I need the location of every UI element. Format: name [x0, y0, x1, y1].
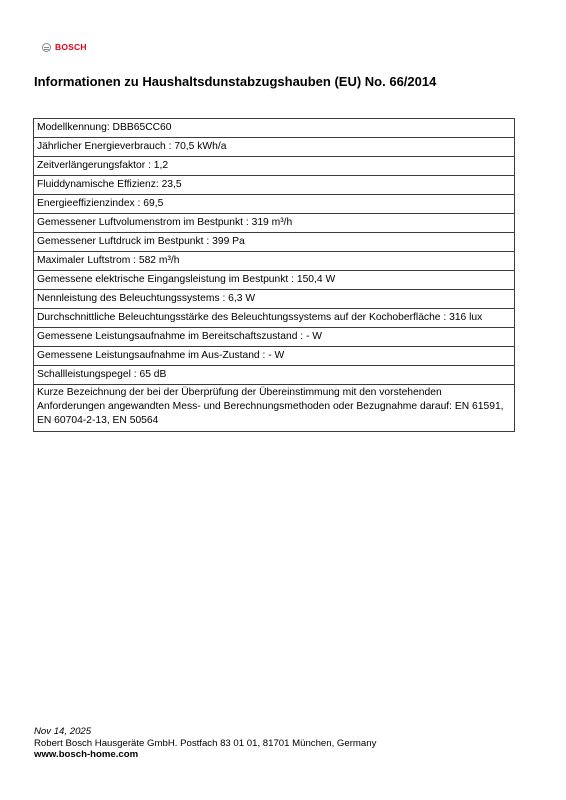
airflow-best-point: Gemessener Luftvolumenstrom im Bestpunkt…: [34, 214, 515, 233]
table-row: Gemessene Leistungsaufnahme im Aus-Zusta…: [34, 347, 515, 366]
fluid-dynamic-efficiency: Fluiddynamische Effizienz: 23,5: [34, 176, 515, 195]
average-illumination: Durchschnittliche Beleuchtungsstärke des…: [34, 309, 515, 328]
brand-name: BOSCH: [55, 42, 87, 52]
table-row: Schallleistungspegel : 65 dB: [34, 366, 515, 385]
table-row: Nennleistung des Beleuchtungssystems : 6…: [34, 290, 515, 309]
energy-efficiency-index: Energieeffizienzindex : 69,5: [34, 195, 515, 214]
table-row: Maximaler Luftstrom : 582 m³/h: [34, 252, 515, 271]
bosch-armature-icon: [42, 43, 51, 52]
measurement-methods: Kurze Bezeichnung der bei der Überprüfun…: [34, 385, 515, 432]
off-mode-power: Gemessene Leistungsaufnahme im Aus-Zusta…: [34, 347, 515, 366]
table-row: Kurze Bezeichnung der bei der Überprüfun…: [34, 385, 515, 432]
lighting-nominal-power: Nennleistung des Beleuchtungssystems : 6…: [34, 290, 515, 309]
product-info-table: Modellkennung: DBB65CC60 Jährlicher Ener…: [33, 118, 515, 432]
maximum-airflow: Maximaler Luftstrom : 582 m³/h: [34, 252, 515, 271]
table-row: Fluiddynamische Effizienz: 23,5: [34, 176, 515, 195]
page-title: Informationen zu Haushaltsdunstabzugshau…: [34, 74, 436, 89]
table-row: Energieeffizienzindex : 69,5: [34, 195, 515, 214]
brand-logo: BOSCH: [42, 42, 87, 52]
footer: Nov 14, 2025 Robert Bosch Hausgeräte Gmb…: [34, 726, 376, 761]
table-row: Zeitverlängerungsfaktor : 1,2: [34, 157, 515, 176]
footer-website[interactable]: www.bosch-home.com: [34, 749, 376, 761]
annual-energy-consumption: Jährlicher Energieverbrauch : 70,5 kWh/a: [34, 138, 515, 157]
electric-input-power: Gemessene elektrische Eingangsleistung i…: [34, 271, 515, 290]
table-row: Durchschnittliche Beleuchtungsstärke des…: [34, 309, 515, 328]
sound-power-level: Schallleistungspegel : 65 dB: [34, 366, 515, 385]
time-increase-factor: Zeitverlängerungsfaktor : 1,2: [34, 157, 515, 176]
table-row: Gemessener Luftvolumenstrom im Bestpunkt…: [34, 214, 515, 233]
table-row: Modellkennung: DBB65CC60: [34, 119, 515, 138]
table-row: Gemessener Luftdruck im Bestpunkt : 399 …: [34, 233, 515, 252]
air-pressure-best-point: Gemessener Luftdruck im Bestpunkt : 399 …: [34, 233, 515, 252]
standby-power: Gemessene Leistungsaufnahme im Bereitsch…: [34, 328, 515, 347]
footer-address: Robert Bosch Hausgeräte GmbH. Postfach 8…: [34, 738, 376, 750]
table-row: Gemessene elektrische Eingangsleistung i…: [34, 271, 515, 290]
table-row: Jährlicher Energieverbrauch : 70,5 kWh/a: [34, 138, 515, 157]
table-row: Gemessene Leistungsaufnahme im Bereitsch…: [34, 328, 515, 347]
model-id: Modellkennung: DBB65CC60: [34, 119, 515, 138]
footer-date: Nov 14, 2025: [34, 726, 376, 738]
